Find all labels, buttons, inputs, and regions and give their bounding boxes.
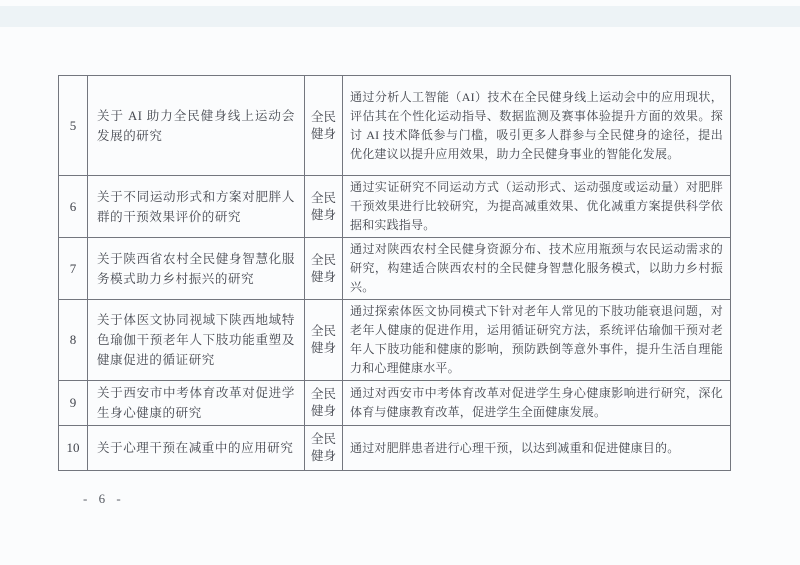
- topic-category: 全民健身: [305, 176, 343, 238]
- topic-title: 关于不同运动形式和方案对肥胖人群的干预效果评价的研究: [88, 176, 305, 238]
- topic-description: 通过探索体医文协同模式下针对老年人常见的下肢功能衰退问题，对老年人健康的促进作用…: [343, 300, 731, 381]
- topic-description: 通过对西安市中考体育改革对促进学生身心健康影响进行研究，深化体育与健康教育改革，…: [343, 381, 731, 426]
- scan-edge-band: [0, 6, 800, 27]
- row-number: 5: [59, 76, 88, 176]
- topic-category: 全民健身: [305, 300, 343, 381]
- page-number: - 6 -: [83, 491, 125, 507]
- table-row: 5 关于 AI 助力全民健身线上运动会发展的研究 全民健身 通过分析人工智能（A…: [59, 76, 731, 176]
- topic-category: 全民健身: [305, 76, 343, 176]
- table-row: 7 关于陕西省农村全民健身智慧化服务模式助力乡村振兴的研究 全民健身 通过对陕西…: [59, 238, 731, 300]
- table-row: 9 关于西安市中考体育改革对促进学生身心健康的研究 全民健身 通过对西安市中考体…: [59, 381, 731, 426]
- table-row: 6 关于不同运动形式和方案对肥胖人群的干预效果评价的研究 全民健身 通过实证研究…: [59, 176, 731, 238]
- topic-title: 关于体医文协同视域下陕西地域特色瑜伽干预老年人下肢功能重塑及健康促进的循证研究: [88, 300, 305, 381]
- topic-description: 通过分析人工智能（AI）技术在全民健身线上运动会中的应用现状，评估其在个性化运动…: [343, 76, 731, 176]
- row-number: 9: [59, 381, 88, 426]
- row-number: 10: [59, 426, 88, 471]
- topic-category: 全民健身: [305, 238, 343, 300]
- row-number: 7: [59, 238, 88, 300]
- row-number: 8: [59, 300, 88, 381]
- topic-title: 关于心理干预在减重中的应用研究: [88, 426, 305, 471]
- row-number: 6: [59, 176, 88, 238]
- topic-description: 通过对肥胖患者进行心理干预，以达到减重和促进健康目的。: [343, 426, 731, 471]
- table-row: 8 关于体医文协同视域下陕西地域特色瑜伽干预老年人下肢功能重塑及健康促进的循证研…: [59, 300, 731, 381]
- topic-description: 通过实证研究不同运动方式（运动形式、运动强度或运动量）对肥胖干预效果进行比较研究…: [343, 176, 731, 238]
- topic-title: 关于 AI 助力全民健身线上运动会发展的研究: [88, 76, 305, 176]
- topic-title: 关于陕西省农村全民健身智慧化服务模式助力乡村振兴的研究: [88, 238, 305, 300]
- research-topics-table: 5 关于 AI 助力全民健身线上运动会发展的研究 全民健身 通过分析人工智能（A…: [58, 75, 731, 471]
- topic-category: 全民健身: [305, 381, 343, 426]
- table-row: 10 关于心理干预在减重中的应用研究 全民健身 通过对肥胖患者进行心理干预，以达…: [59, 426, 731, 471]
- topic-category: 全民健身: [305, 426, 343, 471]
- topic-description: 通过对陕西农村全民健身资源分布、技术应用瓶颈与农民运动需求的研究，构建适合陕西农…: [343, 238, 731, 300]
- topic-title: 关于西安市中考体育改革对促进学生身心健康的研究: [88, 381, 305, 426]
